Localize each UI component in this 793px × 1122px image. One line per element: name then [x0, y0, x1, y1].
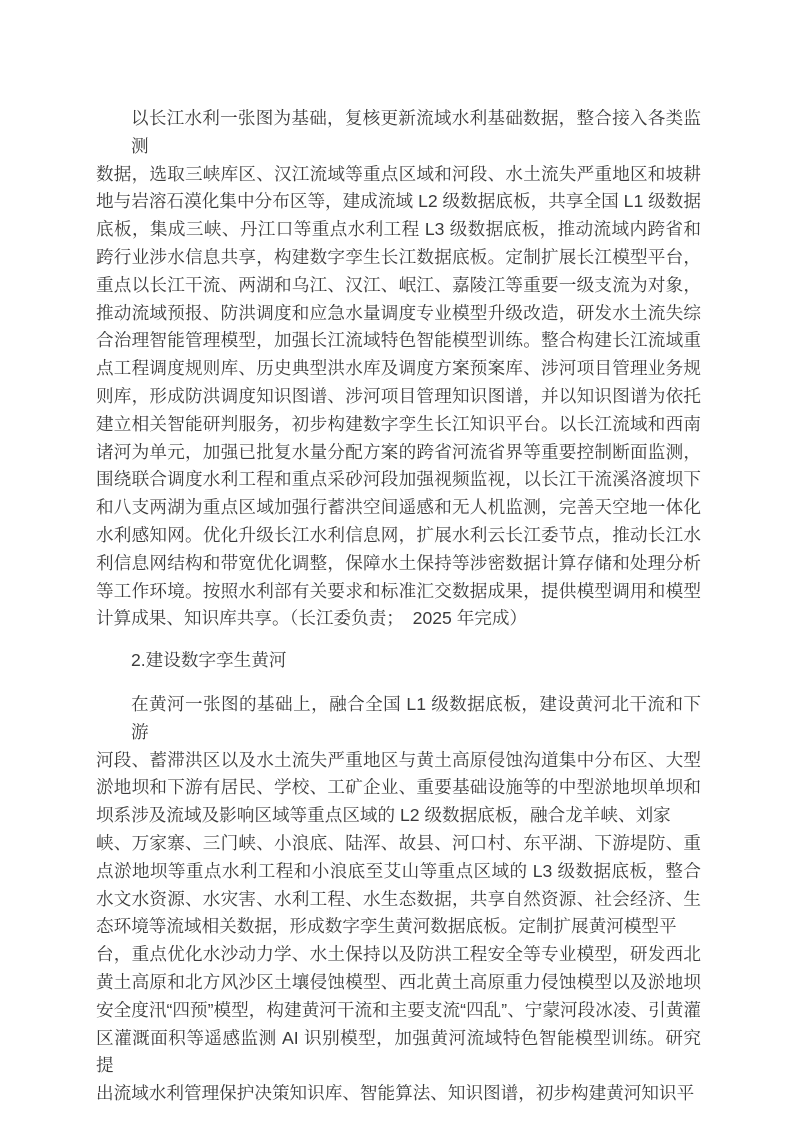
text-line: 态环境等流域相关数据，形成数字孪生黄河数据底板。定制扩展黄河模型平: [96, 913, 701, 941]
text-line: 水利感知网。优化升级长江水利信息网，扩展水利云长江委节点，推动长江水: [96, 522, 701, 550]
text-line: 淤地坝和下游有居民、学校、工矿企业、重要基础设施等的中型淤地坝单坝和: [96, 774, 701, 802]
text-line: 台，重点优化水沙动力学、水土保持以及防洪工程安全等专业模型，研发西北: [96, 941, 701, 969]
text-line: 推动流域预报、防洪调度和应急水量调度专业模型升级改造，研发水土流失综: [96, 300, 701, 328]
text-line: 利信息网结构和带宽优化调整，保障水土保持等涉密数据计算存储和处理分析: [96, 550, 701, 578]
text-line: 水文水资源、水灾害、水利工程、水生态数据，共享自然资源、社会经济、生: [96, 886, 701, 914]
text-line: 等工作环境。按照水利部有关要求和标准汇交数据成果，提供模型调用和模型: [96, 578, 701, 606]
document-text-block: 以长江水利一张图为基础，复核更新流域水利基础数据，整合接入各类监测数据，选取三峡…: [96, 105, 701, 1108]
text-line: 黄土高原和北方风沙区土壤侵蚀模型、西北黄土高原重力侵蚀模型以及淤地坝: [96, 969, 701, 997]
text-line: 点淤地坝等重点水利工程和小浪底至艾山等重点区域的 L3 级数据底板，整合: [96, 858, 701, 886]
text-line: 出流域水利管理保护决策知识库、智能算法、知识图谱，初步构建黄河知识平: [96, 1080, 701, 1108]
text-line: 坝系涉及流域及影响区域等重点区域的 L2 级数据底板，融合龙羊峡、刘家: [96, 802, 701, 830]
text-line: 诸河为单元，加强已批复水量分配方案的跨省河流省界等重要控制断面监测，: [96, 439, 701, 467]
document-page: 以长江水利一张图为基础，复核更新流域水利基础数据，整合接入各类监测数据，选取三峡…: [0, 0, 793, 1122]
paragraph-digital-twin-yellow-river: 在黄河一张图的基础上，融合全国 L1 级数据底板，建设黄河北干流和下游河段、蓄滞…: [96, 691, 701, 1108]
text-line: 重点以长江干流、两湖和乌江、汉江、岷江、嘉陵江等重要一级支流为对象，: [96, 272, 701, 300]
text-line: 建立相关智能研判服务，初步构建数字孪生长江知识平台。以长江流域和西南: [96, 411, 701, 439]
text-line: 地与岩溶石漠化集中分布区等，建成流域 L2 级数据底板，共享全国 L1 级数据: [96, 188, 701, 216]
text-line: 计算成果、知识库共享。（长江委负责； 2025 年完成）: [96, 605, 701, 633]
text-line: 点工程调度规则库、历史典型洪水库及调度方案预案库、涉河项目管理业务规: [96, 355, 701, 383]
text-line: 围绕联合调度水利工程和重点采砂河段加强视频监视，以长江干流溪洛渡坝下: [96, 466, 701, 494]
text-line: 以长江水利一张图为基础，复核更新流域水利基础数据，整合接入各类监测: [96, 105, 701, 161]
text-line: 安全度汛“四预”模型，构建黄河干流和主要支流“四乱”、宁蒙河段冰凌、引黄灌: [96, 997, 701, 1025]
text-line: 峡、万家寨、三门峡、小浪底、陆浑、故县、河口村、东平湖、下游堤防、重: [96, 830, 701, 858]
text-line: 数据，选取三峡库区、汉江流域等重点区域和河段、水土流失严重地区和坡耕: [96, 161, 701, 189]
text-line: 在黄河一张图的基础上，融合全国 L1 级数据底板，建设黄河北干流和下游: [96, 691, 701, 747]
paragraph-digital-twin-yangtze: 以长江水利一张图为基础，复核更新流域水利基础数据，整合接入各类监测数据，选取三峡…: [96, 105, 701, 633]
text-line: 合治理智能管理模型，加强长江流域特色智能模型训练。整合构建长江流域重: [96, 327, 701, 355]
text-line: 河段、蓄滞洪区以及水土流失严重地区与黄土高原侵蚀沟道集中分布区、大型: [96, 747, 701, 775]
text-line: 则库，形成防洪调度知识图谱、涉河项目管理知识图谱，并以知识图谱为依托: [96, 383, 701, 411]
text-line: 底板，集成三峡、丹江口等重点水利工程 L3 级数据底板，推动流域内跨省和: [96, 216, 701, 244]
text-line: 跨行业涉水信息共享，构建数字孪生长江数据底板。定制扩展长江模型平台，: [96, 244, 701, 272]
text-line: 和八支两湖为重点区域加强行蓄洪空间遥感和无人机监测，完善天空地一体化: [96, 494, 701, 522]
text-line: 区灌溉面积等遥感监测 AI 识别模型，加强黄河流域特色智能模型训练。研究提: [96, 1025, 701, 1081]
section-heading-digital-twin-yellow-river: 2.建设数字孪生黄河: [96, 647, 701, 675]
